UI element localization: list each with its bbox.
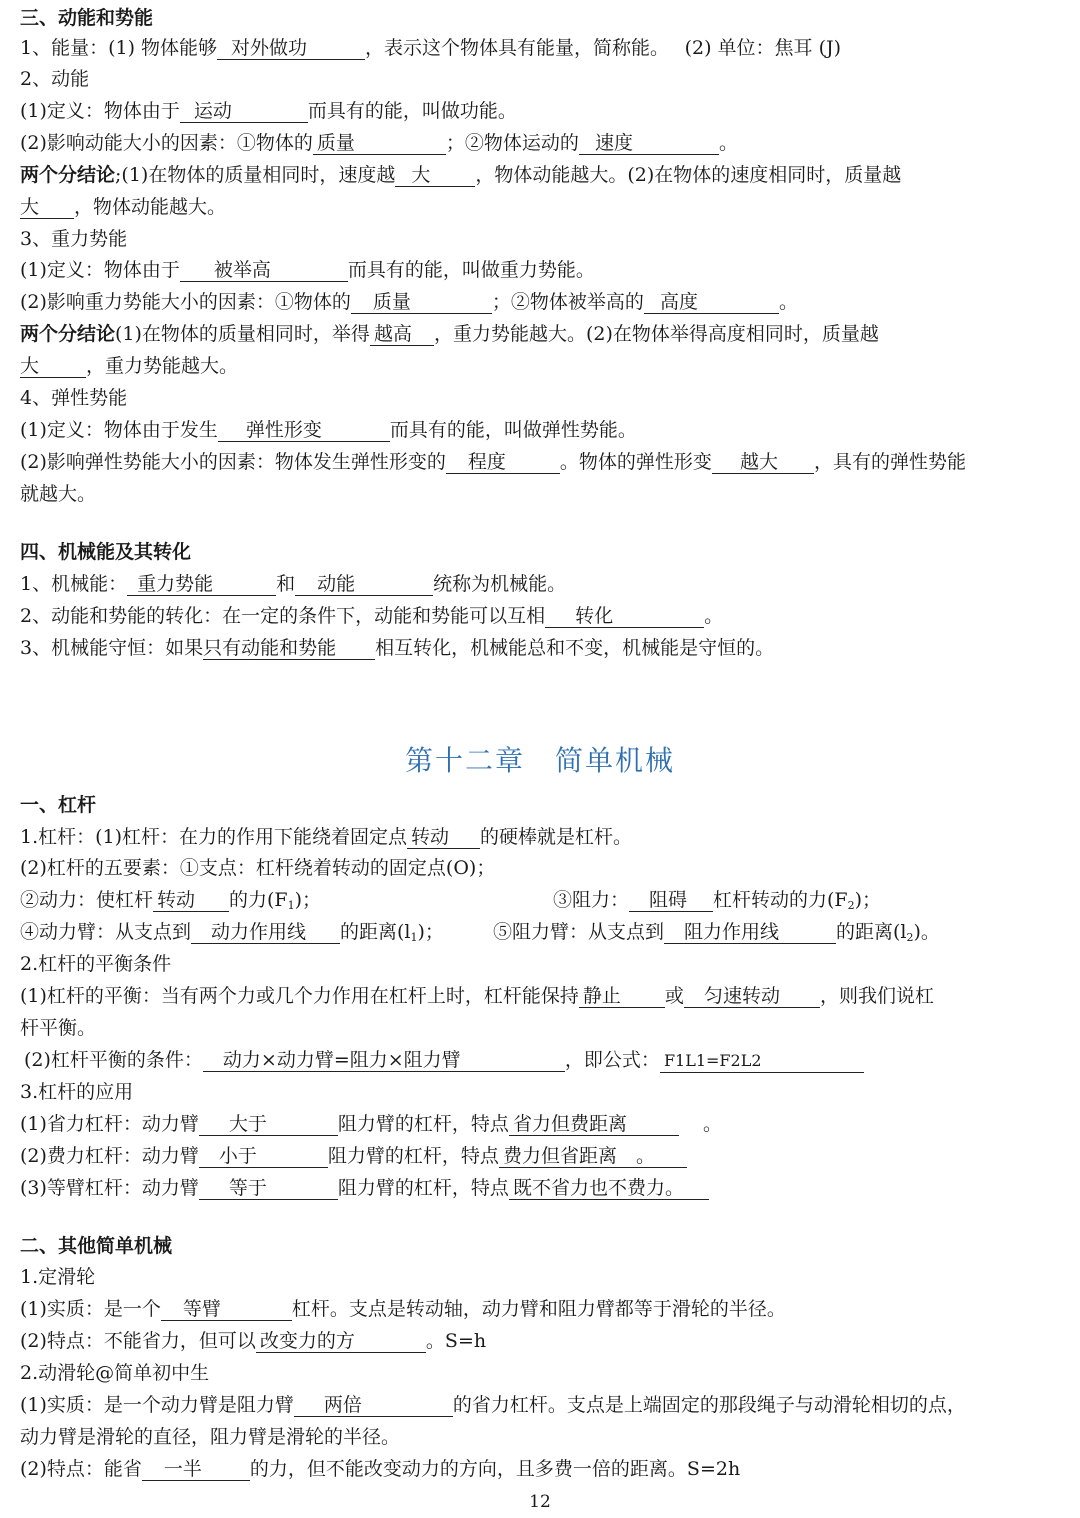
text-line: (1)定义：物体由于运动而具有的能，叫做功能。 [20, 99, 1060, 123]
text-line: 就越大。 [20, 482, 1060, 506]
answer-blank: 越高 [370, 323, 434, 346]
text: ，则我们说杠 [820, 985, 934, 1007]
answer-blank: 质量 [351, 291, 492, 314]
text-line: 大，重力势能越大。 [20, 354, 1060, 378]
answer-blank: 弹性形变 [218, 419, 390, 442]
text: ，重力势能越大。 [86, 355, 238, 377]
answer-blank: 大 [20, 355, 86, 378]
text: (1)定义：物体由于 [20, 100, 180, 122]
text: 的省力杠杆。支点是上端固定的那段绳子与动滑轮相切的点， [453, 1394, 966, 1416]
text: 而具有的能，叫做弹性势能。 [390, 419, 637, 441]
text: ;(1)在物体的质量相同时，速度越 [115, 164, 395, 186]
answer-blank: 动力×动力臂=阻力×阻力臂 [203, 1049, 565, 1072]
answer-blank: 重力势能 [127, 573, 276, 596]
answer-blank: 省力但费距离 [509, 1113, 679, 1136]
text-line: 4、弹性势能 [20, 386, 1060, 410]
answer-blank: 越大 [712, 451, 814, 474]
text: 。物体的弹性形变 [560, 451, 712, 473]
text: (2)杠杆平衡的条件： [24, 1049, 203, 1071]
subscript: 1 [288, 899, 295, 912]
text: ，即公式： [565, 1049, 660, 1071]
answer-blank: 既不省力也不费力。 [509, 1177, 709, 1200]
answer-blank: 等于 [199, 1177, 338, 1200]
text: 。S=h [426, 1330, 486, 1352]
text: (1)在物体的质量相同时，举得 [115, 323, 370, 345]
text: 1、机械能： [20, 573, 127, 595]
text: 。 [704, 605, 723, 627]
text: 的距离(l [340, 921, 411, 943]
text: 或 [665, 985, 684, 1007]
text-line: 2.杠杆的平衡条件 [20, 952, 1060, 976]
text: (3)等臂杠杆：动力臂 [20, 1177, 199, 1199]
text-line: (2)杠杆的五要素：①支点：杠杆绕着转动的固定点(O)； [20, 856, 1060, 880]
text-line: (1)省力杠杆：动力臂大于阻力臂的杠杆，特点省力但费距离。 [20, 1112, 1060, 1136]
text: (1)实质：是一个动力臂是阻力臂 [20, 1394, 294, 1416]
text: 阻力臂的杠杆，特点 [328, 1145, 499, 1167]
text: )； [855, 889, 881, 911]
answer-blank: 转动 [407, 826, 480, 849]
text-line: (3)等臂杠杆：动力臂等于阻力臂的杠杆，特点既不省力也不费力。 [20, 1176, 1060, 1200]
text: ；②物体被举高的 [492, 291, 644, 313]
text-line: (2)影响重力势能大小的因素：①物体的质量；②物体被举高的高度。 [20, 290, 1060, 314]
answer-blank: 动能 [295, 573, 433, 596]
answer-blank: 小于 [199, 1145, 328, 1168]
text: 和 [276, 573, 295, 595]
text: (2)影响弹性势能大小的因素：物体发生弹性形变的 [20, 451, 446, 473]
text-line: 2、动能 [20, 67, 1060, 91]
text-line: (1)实质：是一个动力臂是阻力臂两倍的省力杠杆。支点是上端固定的那段绳子与动滑轮… [20, 1393, 1060, 1417]
text-line: ⑤阻力臂：从支点到阻力作用线的距离(l2)。 [493, 920, 1060, 950]
answer-blank: 大 [20, 196, 74, 219]
text-line: 3.杠杆的应用 [20, 1080, 1060, 1104]
text-line: 3、重力势能 [20, 227, 1060, 251]
text-line: (1)实质：是一个等臂杠杆。支点是转动轴，动力臂和阻力臂都等于滑轮的半径。 [20, 1297, 1060, 1321]
text: )； [418, 921, 444, 943]
text: 1.杠杆：(1)杠杆：在力的作用下能绕着固定点 [20, 826, 407, 848]
text-line: (1)杠杆的平衡：当有两个力或几个力作用在杠杆上时，杠杆能保持静止或匀速转动，则… [20, 984, 1060, 1008]
section-heading: 二、其他简单机械 [20, 1234, 1060, 1258]
text-line: 杆平衡。 [20, 1016, 1060, 1040]
text: 阻力臂的杠杆，特点 [338, 1113, 509, 1135]
text: 杠杆。支点是转动轴，动力臂和阻力臂都等于滑轮的半径。 [292, 1298, 786, 1320]
text: (2)影响动能大小的因素：①物体的 [20, 132, 313, 154]
answer-blank: 高度 [644, 291, 779, 314]
bold-label: 两个分结论 [20, 323, 115, 345]
text-line: 大，物体动能越大。 [20, 195, 1060, 219]
answer-blank: 改变力的方 [256, 1330, 426, 1353]
text: 阻力臂的杠杆，特点 [338, 1177, 509, 1199]
text: 3、机械能守恒：如果 [20, 637, 203, 659]
text: ，重力势能越大。(2)在物体举得高度相同时，质量越 [434, 323, 879, 345]
subscript: 2 [848, 899, 855, 912]
answer-blank: 大于 [199, 1113, 338, 1136]
text-line: 3、机械能守恒：如果只有动能和势能相互转化，机械能总和不变，机械能是守恒的。 [20, 636, 1060, 660]
text: ；②物体运动的 [446, 132, 579, 154]
text-line: (1)定义：物体由于发生弹性形变而具有的能，叫做弹性势能。 [20, 418, 1060, 442]
text-line: 2、动能和势能的转化：在一定的条件下，动能和势能可以互相转化。 [20, 604, 1060, 628]
text: ，物体动能越大。 [74, 196, 226, 218]
text: )。 [914, 921, 940, 943]
text-line: ③阻力：阻碍杠杆转动的力(F2)； [553, 888, 1060, 918]
text: 的硬棒就是杠杆。 [480, 826, 632, 848]
answer-blank: 对外做功 [217, 37, 365, 60]
text: ⑤阻力臂：从支点到 [493, 921, 664, 943]
answer-blank: 转化 [545, 605, 704, 628]
text: (1)定义：物体由于发生 [20, 419, 218, 441]
answer-blank: 大 [395, 164, 475, 187]
text-line: 2.动滑轮@简单初中生 [20, 1361, 1060, 1385]
text: (2)特点：能省 [20, 1458, 142, 1480]
answer-blank: 两倍 [294, 1394, 453, 1417]
text: 。 [719, 132, 738, 154]
text: 相互转化，机械能总和不变，机械能是守恒的。 [375, 637, 774, 659]
answer-blank: 程度 [446, 451, 560, 474]
text: ，物体动能越大。(2)在物体的速度相同时，质量越 [475, 164, 901, 186]
answer-blank: 阻力作用线 [664, 921, 836, 944]
text-line: 1、机械能：重力势能和动能统称为机械能。 [20, 572, 1060, 596]
text-line: (2)影响动能大小的因素：①物体的质量；②物体运动的速度。 [20, 131, 1060, 155]
text-line: (2)特点：能省一半的力，但不能改变动力的方向，且多费一倍的距离。S=2h [20, 1457, 1060, 1481]
text: ②动力：使杠杆 [20, 889, 153, 911]
text-line: (2)影响弹性势能大小的因素：物体发生弹性形变的程度。物体的弹性形变越大，具有的… [20, 450, 1060, 474]
text: (2)特点：不能省力，但可以 [20, 1330, 256, 1352]
text: (1)定义：物体由于 [20, 259, 180, 281]
section-heading: 四、机械能及其转化 [20, 540, 1060, 564]
answer-blank: 一半 [142, 1458, 250, 1481]
answer-blank: 阻碍 [629, 889, 713, 912]
text: 1、能量：(1) 物体能够 [20, 37, 217, 59]
text-line: (1)定义：物体由于被举高而具有的能，叫做重力势能。 [20, 258, 1060, 282]
text: 统称为机械能。 [433, 573, 566, 595]
text-line: 动力臂是滑轮的直径，阻力臂是滑轮的半径。 [20, 1425, 1060, 1449]
text: (2)费力杠杆：动力臂 [20, 1145, 199, 1167]
text: 的力(F [229, 889, 288, 911]
text: 。 [679, 1113, 722, 1135]
answer-blank: 动力作用线 [191, 921, 340, 944]
text: ③阻力： [553, 889, 629, 911]
text-line: (2)杠杆平衡的条件：动力×动力臂=阻力×阻力臂，即公式：F1L1=F2L2 [24, 1048, 1060, 1073]
answer-blank: 速度 [579, 132, 719, 155]
text: 2、动能和势能的转化：在一定的条件下，动能和势能可以互相 [20, 605, 545, 627]
text-line: (2)特点：不能省力，但可以改变力的方。S=h [20, 1329, 1060, 1353]
answer-blank: 转动 [153, 889, 229, 912]
bold-label: 两个分结论 [20, 164, 115, 186]
answer-blank: 质量 [313, 132, 446, 155]
text-line: 两个分结论;(1)在物体的质量相同时，速度越大，物体动能越大。(2)在物体的速度… [20, 163, 1060, 187]
text: 而具有的能，叫做功能。 [308, 100, 517, 122]
text: )； [295, 889, 321, 911]
text: ，表示这个物体具有能量，简称能。 (2) 单位：焦耳 (J) [365, 37, 841, 59]
page-number: 12 [0, 1492, 1080, 1512]
text: (1)省力杠杆：动力臂 [20, 1113, 199, 1135]
section-heading: 三、动能和势能 [20, 6, 1060, 30]
text: 而具有的能，叫做重力势能。 [348, 259, 595, 281]
answer-blank: 只有动能和势能 [203, 637, 375, 660]
answer-blank: 等臂 [161, 1298, 292, 1321]
text: ④动力臂：从支点到 [20, 921, 191, 943]
text-line: 1.杠杆：(1)杠杆：在力的作用下能绕着固定点转动的硬棒就是杠杆。 [20, 825, 1060, 849]
text: 。 [779, 291, 798, 313]
text: 的距离(l [836, 921, 907, 943]
text: ，具有的弹性势能 [814, 451, 966, 473]
section-heading: 一、杠杆 [20, 793, 1060, 817]
text-line: 1、能量：(1) 物体能够对外做功，表示这个物体具有能量，简称能。 (2) 单位… [20, 36, 1060, 60]
text-line: (2)费力杠杆：动力臂小于阻力臂的杠杆，特点费力但省距离 。 [20, 1144, 1060, 1168]
answer-blank: 静止 [579, 985, 665, 1008]
answer-blank: 被举高 [180, 259, 348, 282]
text: 的力，但不能改变动力的方向，且多费一倍的距离。S=2h [250, 1458, 740, 1480]
text: (2)影响重力势能大小的因素：①物体的 [20, 291, 351, 313]
text: 杠杆转动的力(F [713, 889, 848, 911]
answer-blank: 运动 [180, 100, 308, 123]
formula-blank: F1L1=F2L2 [660, 1050, 864, 1073]
text-line: 两个分结论(1)在物体的质量相同时，举得越高，重力势能越大。(2)在物体举得高度… [20, 322, 1060, 346]
text: (1)实质：是一个 [20, 1298, 161, 1320]
text: (1)杠杆的平衡：当有两个力或几个力作用在杠杆上时，杠杆能保持 [20, 985, 579, 1007]
answer-blank: 费力但省距离 。 [499, 1145, 687, 1168]
text-line: 1.定滑轮 [20, 1265, 1060, 1289]
answer-blank: 匀速转动 [684, 985, 820, 1008]
chapter-title: 第十二章 简单机械 [0, 744, 1080, 778]
document-page: 三、动能和势能 1、能量：(1) 物体能够对外做功，表示这个物体具有能量，简称能… [0, 0, 1080, 1518]
subscript: 2 [907, 931, 914, 944]
subscript: 1 [411, 931, 418, 944]
